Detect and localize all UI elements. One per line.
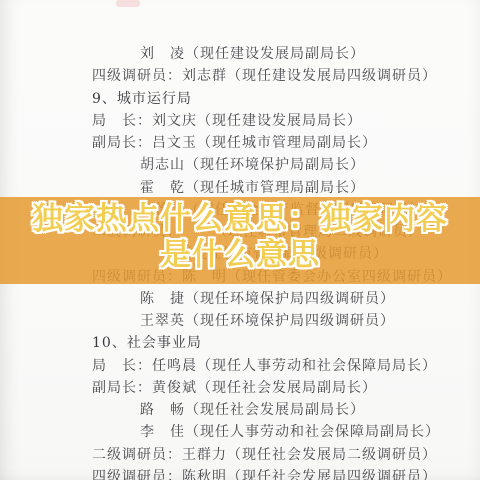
promo-banner: 独家热点什么意思：独家内容 是什么意思: [0, 197, 480, 284]
document-photo: 刘 凌（现任建设发展局副局长）四级调研员：刘志群（现任建设发展局四级调研员）9、…: [0, 0, 480, 480]
document-row: 四级调研员：陈秋明（现任社会发展局四级调研员）: [92, 466, 480, 480]
document-row: 副局长：黄俊斌（现任社会发展局副局长）: [92, 377, 480, 399]
document-row: 路 畅（现任社会发展局副局长）: [140, 399, 480, 421]
section-heading: 9、城市运行局: [92, 88, 480, 110]
section-heading: 10、社会事业局: [92, 332, 480, 354]
document-row: 局 长：任鸣晨（现任人事劳动和社会保障局局长）: [92, 355, 480, 377]
document-row: 刘 凌（现任建设发展局副局长）: [140, 43, 480, 65]
document-row: 二级调研员：王群力（现任社会发展局二级调研员）: [92, 444, 480, 466]
document-row: 四级调研员：刘志群（现任建设发展局四级调研员）: [92, 65, 480, 87]
document-row: 副局长：吕文玉（现任城市管理局副局长）: [92, 132, 480, 154]
banner-title-line-1: 独家热点什么意思：独家内容: [0, 201, 480, 237]
document-row: 陈 捷（现任环境保护局四级调研员）: [140, 288, 480, 310]
banner-title-line-2: 是什么意思: [0, 237, 480, 273]
document-row: 胡志山（现任环境保护局副局长）: [140, 154, 480, 176]
document-row: 李 佳（现任人事劳动和社会保障局副局长）: [140, 421, 480, 443]
photo-artifact-smudge: [116, 0, 140, 7]
document-row: 局 长：刘文庆（现任建设发展局局长）: [92, 110, 480, 132]
document-row: 霍 乾（现任城市管理局副局长）: [140, 177, 480, 199]
document-row: 王翠英（现任环境保护局四级调研员）: [140, 310, 480, 332]
